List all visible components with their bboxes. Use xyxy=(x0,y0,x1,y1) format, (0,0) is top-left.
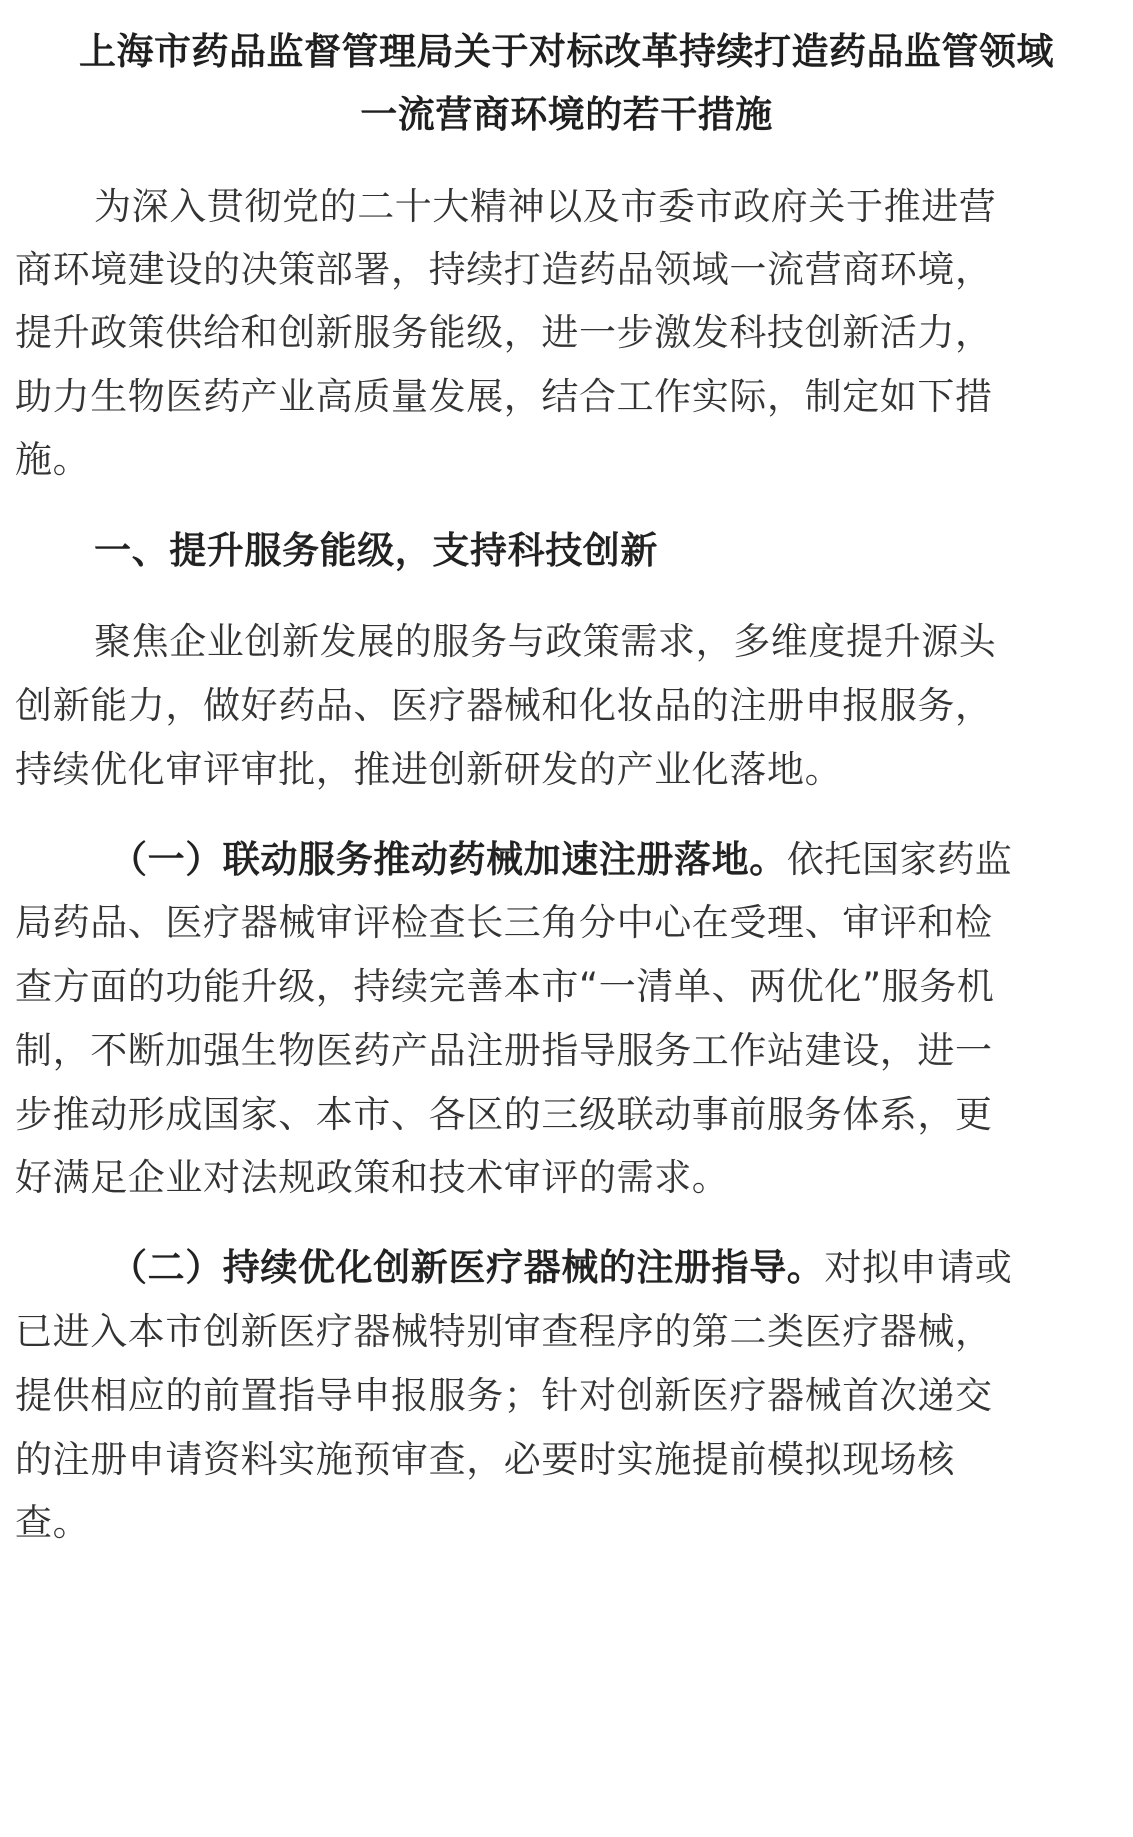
section-1-paragraph-line: 创新能力，做好药品、医疗器械和化妆品的注册申报服务， xyxy=(15,682,993,730)
item-2-line: 的注册申请资料实施预审查，必要时实施提前模拟现场核 xyxy=(15,1436,955,1484)
section-1-paragraph-line: 聚焦企业创新发展的服务与政策需求，多维度提升源头 xyxy=(94,618,996,666)
item-1-line: 制，不断加强生物医药产品注册指导服务工作站建设，进一 xyxy=(15,1027,993,1075)
intro-paragraph-line: 施。 xyxy=(15,436,90,484)
item-2-line: 提供相应的前置指导申报服务；针对创新医疗器械首次递交 xyxy=(15,1372,993,1420)
section-1-paragraph-line: 持续优化审评审批，推进创新研发的产业化落地。 xyxy=(15,746,842,794)
item-1-first-line-rest: 依托国家药监 xyxy=(787,838,1013,881)
item-1-line: 局药品、医疗器械审评检查长三角分中心在受理、审评和检 xyxy=(15,899,993,947)
item-2-line: 查。 xyxy=(15,1499,90,1547)
item-1-line: 步推动形成国家、本市、各区的三级联动事前服务体系，更 xyxy=(15,1091,993,1139)
item-2-line: 已进入本市创新医疗器械特别审查程序的第二类医疗器械， xyxy=(15,1308,993,1356)
item-1-bold-lead: （一）联动服务推动药械加速注册落地。 xyxy=(110,838,787,881)
intro-paragraph-line: 助力生物医药产业高质量发展，结合工作实际，制定如下措 xyxy=(15,373,993,421)
intro-paragraph-line: 商环境建设的决策部署，持续打造药品领域一流营商环境， xyxy=(15,246,993,294)
item-2-first-line-rest: 对拟申请或 xyxy=(824,1246,1012,1289)
intro-paragraph-line: 提升政策供给和创新服务能级，进一步激发科技创新活力， xyxy=(15,309,993,357)
item-2-first-line: （二）持续优化创新医疗器械的注册指导。对拟申请或 xyxy=(110,1244,1012,1292)
document-title-line-2: 一流营商环境的若干措施 xyxy=(0,91,1133,139)
section-1-heading: 一、提升服务能级，支持科技创新 xyxy=(94,527,658,575)
item-2-bold-lead: （二）持续优化创新医疗器械的注册指导。 xyxy=(110,1246,824,1289)
intro-paragraph-line: 为深入贯彻党的二十大精神以及市委市政府关于推进营 xyxy=(94,183,996,231)
item-1-line: 好满足企业对法规政策和技术审评的需求。 xyxy=(15,1154,729,1202)
item-1-line: 查方面的功能升级，持续完善本市“一清单、两优化”服务机 xyxy=(15,963,995,1011)
item-1-first-line: （一）联动服务推动药械加速注册落地。依托国家药监 xyxy=(110,836,1012,884)
document-title-line-1: 上海市药品监督管理局关于对标改革持续打造药品监管领域 xyxy=(0,28,1133,76)
